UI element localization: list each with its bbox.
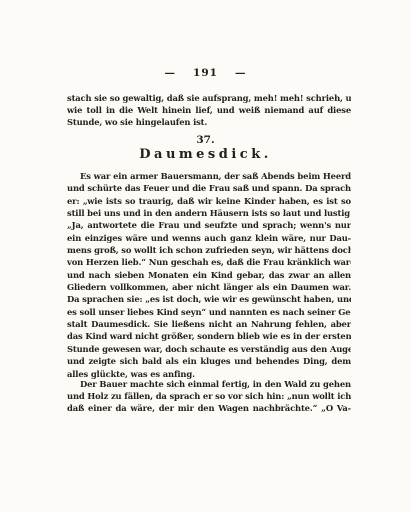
- text-line: Stunde, wo sie hingelaufen ist.: [67, 117, 351, 129]
- book-page: — 191 — stach sie so gewaltig, daß sie a…: [0, 0, 411, 512]
- page-number: 191: [193, 67, 218, 79]
- text-line: und nach sieben Monaten ein Kind gebar, …: [67, 269, 351, 281]
- text-line: Da sprachen sie: „es ist doch, wie wir e…: [67, 293, 351, 305]
- text-line: Der Bauer machte sich einmal fertig, in …: [67, 379, 351, 391]
- text-line: mens groß, so wollt ich schon zufrieden …: [67, 244, 351, 256]
- text-line: von Herzen lieb.“ Nun geschah es, daß di…: [67, 256, 351, 268]
- text-line: und schürte das Feuer und die Frau saß u…: [67, 182, 351, 194]
- paragraph-second: Der Bauer machte sich einmal fertig, in …: [67, 379, 351, 414]
- text-line: stalt Daumesdick. Sie ließens nicht an N…: [67, 318, 351, 330]
- text-line: und zeigte sich bald als ein kluges und …: [67, 355, 351, 367]
- text-line: alles glückte, was es anfing.: [67, 368, 351, 380]
- text-line: daß einer da wäre, der mir den Wagen nac…: [67, 403, 351, 415]
- text-line: das Kind ward nicht größer, sondern blie…: [67, 330, 351, 342]
- text-line: Es war ein armer Bauersmann, der saß Abe…: [67, 170, 351, 182]
- text-line: es soll unser liebes Kind seyn“ und nann…: [67, 306, 351, 318]
- text-line: still bei uns und in den andern Häusern …: [67, 207, 351, 219]
- section-number: 37.: [0, 134, 411, 146]
- text-line: Gliedern vollkommen, aber nicht länger a…: [67, 281, 351, 293]
- story-title: Daumesdick.: [0, 147, 411, 162]
- text-line: Stunde gewesen war, doch schaute es vers…: [67, 343, 351, 355]
- text-line: und Holz zu fällen, da sprach er so vor …: [67, 391, 351, 403]
- text-line: wie toll in die Welt hinein lief, und we…: [67, 105, 351, 117]
- text-line: „Ja, antwortete die Frau und seufzte und…: [67, 219, 351, 231]
- running-head-dash-left: —: [165, 67, 177, 79]
- text-line: ein einziges wäre und wenns auch ganz kl…: [67, 232, 351, 244]
- running-head: — 191 —: [0, 67, 411, 79]
- text-line: stach sie so gewaltig, daß sie aufsprang…: [67, 93, 351, 105]
- paragraph-continuation: stach sie so gewaltig, daß sie aufsprang…: [67, 93, 351, 129]
- text-line: er: „wie ists so traurig, daß wir keine …: [67, 195, 351, 207]
- running-head-dash-right: —: [235, 67, 247, 79]
- paragraph-opening: Es war ein armer Bauersmann, der saß Abe…: [67, 170, 351, 380]
